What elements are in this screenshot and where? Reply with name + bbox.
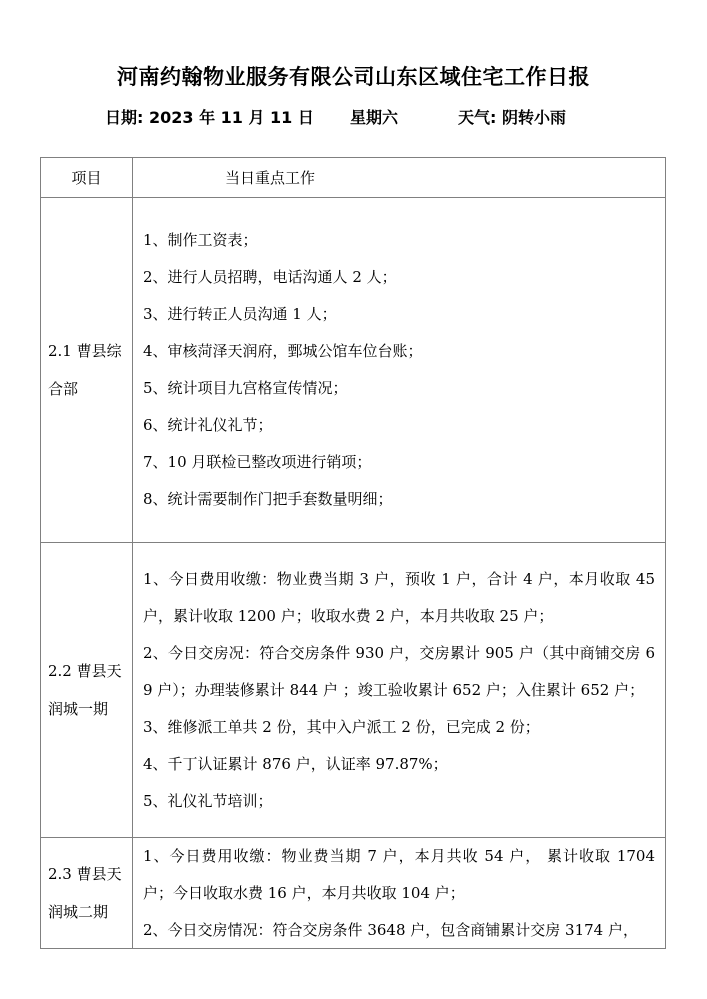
project-cell: 2.1 曹县综合部: [41, 198, 133, 542]
work-item: 5、礼仪礼节培训；: [143, 783, 655, 820]
table-header-row: 项目 当日重点工作: [41, 158, 665, 198]
work-item: 3、维修派工单共 2 份，其中入户派工 2 份，已完成 2 份；: [143, 709, 655, 746]
work-item: 4、审核菏泽天润府，鄄城公馆车位台账；: [143, 333, 655, 370]
work-items-cell: 1、今日费用收缴：物业费当期 7 户，本月共收 54 户， 累计收取 1704 …: [133, 838, 665, 948]
work-item: 3、进行转正人员沟通 1 人；: [143, 296, 655, 333]
table-row: 2.1 曹县综合部 1、制作工资表； 2、进行人员招聘，电话沟通人 2 人； 3…: [41, 198, 665, 543]
work-item: 8、统计需要制作门把手套数量明细；: [143, 481, 655, 518]
work-column-header: 当日重点工作: [133, 158, 665, 197]
project-cell: 2.3 曹县天润城二期: [41, 838, 133, 948]
daily-report-table: 项目 当日重点工作 2.1 曹县综合部 1、制作工资表； 2、进行人员招聘，电话…: [40, 157, 666, 949]
work-item: 5、统计项目九宫格宣传情况；: [143, 370, 655, 407]
work-item: 1、今日费用收缴：物业费当期 7 户，本月共收 54 户， 累计收取 1704 …: [143, 838, 655, 912]
weekday-field: 星期六: [350, 107, 458, 129]
table-row: 2.2 曹县天润城一期 1、今日费用收缴：物业费当期 3 户，预收 1 户，合计…: [41, 543, 665, 838]
page-title: 河南约翰物业服务有限公司山东区域住宅工作日报: [0, 64, 707, 90]
work-item: 7、10 月联检已整改项进行销项；: [143, 444, 655, 481]
work-item: 2、今日交房况：符合交房条件 930 户，交房累计 905 户（其中商铺交房 6…: [143, 635, 655, 709]
work-items-cell: 1、制作工资表； 2、进行人员招聘，电话沟通人 2 人； 3、进行转正人员沟通 …: [133, 198, 665, 542]
table-row: 2.3 曹县天润城二期 1、今日费用收缴：物业费当期 7 户，本月共收 54 户…: [41, 838, 665, 948]
work-item: 1、今日费用收缴：物业费当期 3 户，预收 1 户，合计 4 户，本月收取 45…: [143, 561, 655, 635]
weather-field: 天气: 阴转小雨: [458, 107, 566, 129]
project-cell: 2.2 曹县天润城一期: [41, 543, 133, 837]
work-item: 4、千丁认证累计 876 户，认证率 97.87%；: [143, 746, 655, 783]
work-item: 2、进行人员招聘，电话沟通人 2 人；: [143, 259, 655, 296]
work-item: 2、今日交房情况：符合交房条件 3648 户，包含商铺累计交房 3174 户，: [143, 912, 655, 949]
work-item: 6、统计礼仪礼节；: [143, 407, 655, 444]
work-items-cell: 1、今日费用收缴：物业费当期 3 户，预收 1 户，合计 4 户，本月收取 45…: [133, 543, 665, 837]
date-line: 日期: 2023 年 11 月 11 日 星期六 天气: 阴转小雨: [105, 107, 566, 129]
project-column-header: 项目: [41, 158, 133, 197]
work-item: 1、制作工资表；: [143, 222, 655, 259]
date-field: 日期: 2023 年 11 月 11 日: [105, 107, 350, 129]
